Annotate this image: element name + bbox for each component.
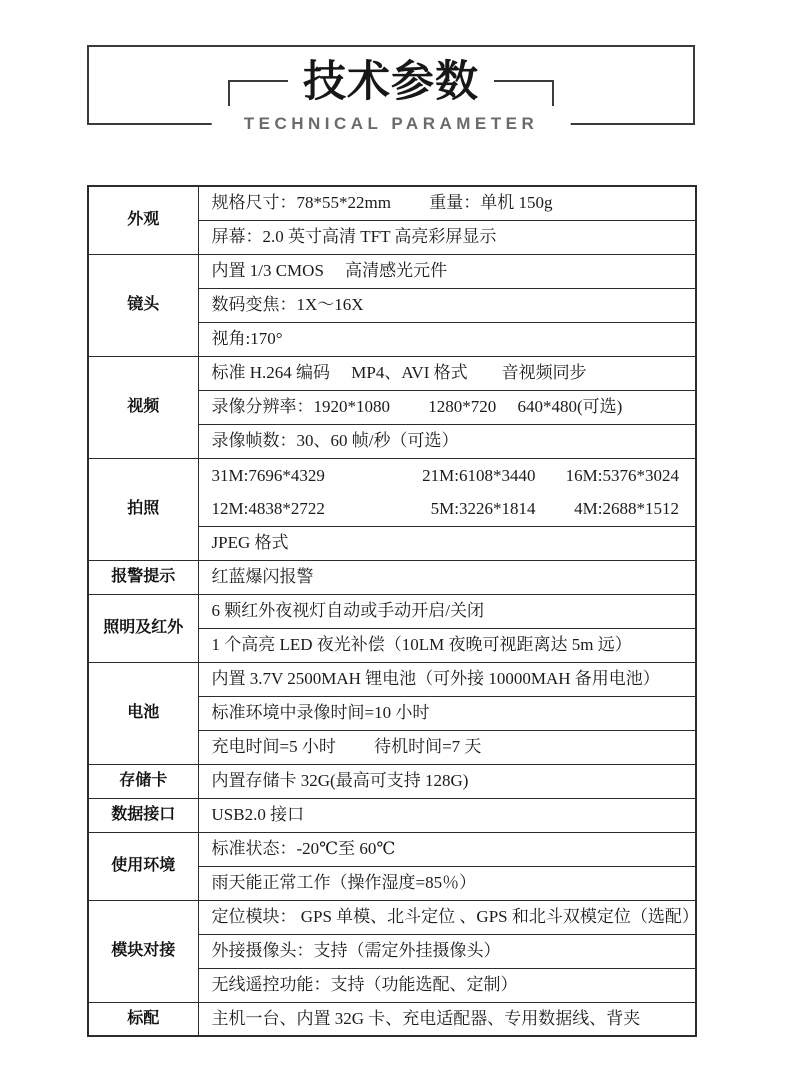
spec-value: 视角:170° (198, 322, 696, 356)
spec-value: 屏幕：2.0 英寸高清 TFT 高亮彩屏显示 (198, 220, 696, 254)
spec-row: 数据接口 USB2.0 接口 (88, 798, 696, 832)
spec-value: 录像帧数：30、60 帧/秒（可选） (198, 424, 696, 458)
label-standard-accessories: 标配 (88, 1002, 198, 1036)
spec-value: USB2.0 接口 (198, 798, 696, 832)
spec-value: 数码变焦：1X～16X (198, 288, 696, 322)
label-data-interface: 数据接口 (88, 798, 198, 832)
spec-value: 外接摄像头：支持（需定外挂摄像头） (198, 934, 696, 968)
spec-value: 内置 1/3 CMOS 高清感光元件 (198, 254, 696, 288)
label-photo: 拍照 (88, 458, 198, 560)
spec-value: 主机一台、内置 32G 卡、充电适配器、专用数据线、背夹 (198, 1002, 696, 1036)
spec-row: 存储卡 内置存储卡 32G(最高可支持 128G) (88, 764, 696, 798)
spec-row: 使用环境 标准状态：-20℃至 60℃ (88, 832, 696, 866)
spec-row: 模块对接 定位模块： GPS 单模、北斗定位 、GPS 和北斗双模定位（选配） (88, 900, 696, 934)
spec-row: 拍照 31M:7696*4329 21M:6108*3440 16M:5376*… (88, 458, 696, 526)
spec-row: 报警提示 红蓝爆闪报警 (88, 560, 696, 594)
spec-table: 外观 规格尺寸：78*55*22mm 重量：单机 150g 屏幕：2.0 英寸高… (87, 185, 697, 1037)
spec-value: 充电时间=5 小时 待机时间=7 天 (198, 730, 696, 764)
label-storage-card: 存储卡 (88, 764, 198, 798)
photo-res: 5M:3226*1814 (376, 499, 536, 519)
page-title: 技术参数 (303, 61, 479, 106)
photo-res: 31M:7696*4329 (212, 466, 376, 486)
spec-value: 红蓝爆闪报警 (198, 560, 696, 594)
spec-value: 标准状态：-20℃至 60℃ (198, 832, 696, 866)
spec-value: 无线遥控功能：支持（功能选配、定制） (198, 968, 696, 1002)
spec-value: 内置 3.7V 2500MAH 锂电池（可外接 10000MAH 备用电池） (198, 662, 696, 696)
photo-res: 12M:4838*2722 (212, 499, 376, 519)
label-operating-environment: 使用环境 (88, 832, 198, 900)
spec-row: 镜头 内置 1/3 CMOS 高清感光元件 (88, 254, 696, 288)
label-module-docking: 模块对接 (88, 900, 198, 1002)
spec-value: 标准环境中录像时间=10 小时 (198, 696, 696, 730)
label-video: 视频 (88, 356, 198, 458)
photo-resolution-grid: 31M:7696*4329 21M:6108*3440 16M:5376*302… (212, 466, 688, 518)
label-lens: 镜头 (88, 254, 198, 356)
spec-value: JPEG 格式 (198, 526, 696, 560)
page-title-row: 技术参数 (89, 47, 693, 119)
page-subtitle: TECHNICAL PARAMETER (212, 112, 571, 136)
spec-value: 雨天能正常工作（操作湿度=85％） (198, 866, 696, 900)
spec-value: 录像分辨率：1920*1080 1280*720 640*480(可选) (198, 390, 696, 424)
spec-row: 标配 主机一台、内置 32G 卡、充电适配器、专用数据线、背夹 (88, 1002, 696, 1036)
spec-row: 电池 内置 3.7V 2500MAH 锂电池（可外接 10000MAH 备用电池… (88, 662, 696, 696)
spec-value: 内置存储卡 32G(最高可支持 128G) (198, 764, 696, 798)
spec-row: 外观 规格尺寸：78*55*22mm 重量：单机 150g (88, 186, 696, 220)
label-battery: 电池 (88, 662, 198, 764)
label-appearance: 外观 (88, 186, 198, 254)
spec-value: 标准 H.264 编码 MP4、AVI 格式 音视频同步 (198, 356, 696, 390)
title-bracket-right-icon (494, 80, 554, 106)
label-alarm: 报警提示 (88, 560, 198, 594)
spec-row: 照明及红外 6 颗红外夜视灯自动或手动开启/关闭 (88, 594, 696, 628)
label-lighting-infrared: 照明及红外 (88, 594, 198, 662)
photo-res: 21M:6108*3440 (376, 466, 536, 486)
photo-res: 16M:5376*3024 (536, 466, 688, 486)
spec-value: 1 个高亮 LED 夜光补偿（10LM 夜晚可视距离达 5m 远） (198, 628, 696, 662)
title-bracket-left-icon (228, 80, 288, 106)
spec-value: 定位模块： GPS 单模、北斗定位 、GPS 和北斗双模定位（选配） (198, 900, 696, 934)
spec-row: 视频 标准 H.264 编码 MP4、AVI 格式 音视频同步 (88, 356, 696, 390)
spec-value: 规格尺寸：78*55*22mm 重量：单机 150g (198, 186, 696, 220)
spec-sheet-page: { "header": { "title": "技术参数", "subtitle… (0, 0, 790, 1071)
spec-value: 6 颗红外夜视灯自动或手动开启/关闭 (198, 594, 696, 628)
photo-resolution-cell: 31M:7696*4329 21M:6108*3440 16M:5376*302… (198, 458, 696, 526)
photo-res: 4M:2688*1512 (536, 499, 688, 519)
title-box: 技术参数 TECHNICAL PARAMETER (87, 45, 695, 125)
